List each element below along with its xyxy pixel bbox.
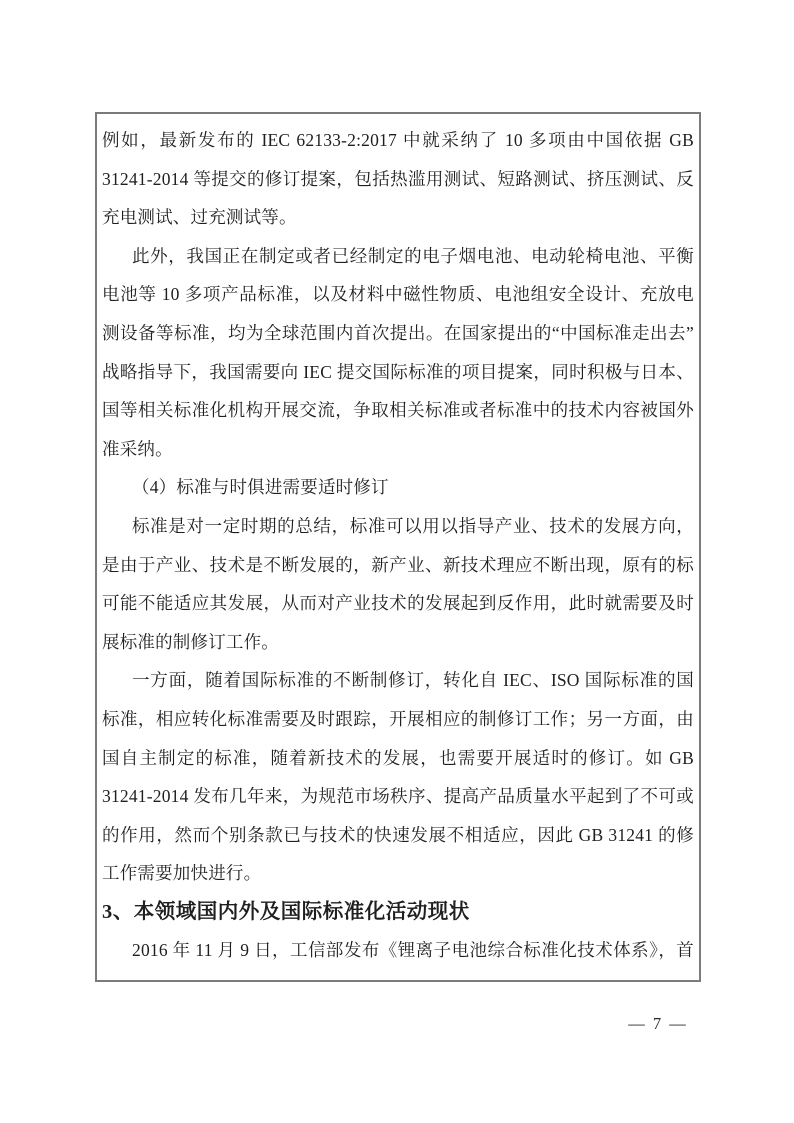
text-line: 准采纳。 xyxy=(102,430,694,469)
text-line: 例如，最新发布的 IEC 62133-2:2017 中就采纳了 10 多项由中国… xyxy=(102,121,694,160)
document-text-frame: 例如，最新发布的 IEC 62133-2:2017 中就采纳了 10 多项由中国… xyxy=(95,112,701,982)
text-line: 2016 年 11 月 9 日，工信部发布《锂离子电池综合标准化技术体系》，首 xyxy=(102,931,694,970)
text-line: 国等相关标准化机构开展交流，争取相关标准或者标准中的技术内容被国外标 xyxy=(102,391,694,430)
text-line: 展标准的制修订工作。 xyxy=(102,623,694,662)
section-heading: 3、本领域国内外及国际标准化活动现状 xyxy=(102,893,694,932)
page-number: — 7 — xyxy=(598,1012,718,1036)
text-line: 31241-2014 等提交的修订提案，包括热滥用测试、短路测试、挤压测试、反向 xyxy=(102,160,694,199)
text-line: 工作需要加快进行。 xyxy=(102,854,694,893)
text-line: 战略指导下，我国需要向 IEC 提交国际标准的项目提案，同时积极与日本、美 xyxy=(102,353,694,392)
text-line: 充电测试、过充测试等。 xyxy=(102,198,694,237)
text-line: 标准是对一定时期的总结，标准可以用以指导产业、技术的发展方向，但 xyxy=(102,507,694,546)
text-line: 测设备等标准，均为全球范围内首次提出。在国家提出的“中国标准走出去” xyxy=(102,314,694,353)
text-line: 标准，相应转化标准需要及时跟踪，开展相应的制修订工作；另一方面，由我 xyxy=(102,700,694,739)
text-line: 是由于产业、技术是不断发展的，新产业、新技术理应不断出现，原有的标准 xyxy=(102,546,694,585)
text-line: 的作用，然而个别条款已与技术的快速发展不相适应，因此 GB 31241 的修订 xyxy=(102,816,694,855)
text-line: 电池等 10 多项产品标准，以及材料中磁性物质、电池组安全设计、充放电检 xyxy=(102,275,694,314)
text-line: 此外，我国正在制定或者已经制定的电子烟电池、电动轮椅电池、平衡车 xyxy=(102,237,694,276)
text-line: 可能不能适应其发展，从而对产业技术的发展起到反作用，此时就需要及时开 xyxy=(102,584,694,623)
text-line: 一方面，随着国际标准的不断制修订，转化自 IEC、ISO 国际标准的国家 xyxy=(102,661,694,700)
text-line: 31241-2014 发布几年来，为规范市场秩序、提高产品质量水平起到了不可或缺 xyxy=(102,777,694,816)
text-line: 国自主制定的标准，随着新技术的发展，也需要开展适时的修订。如 GB xyxy=(102,739,694,778)
subsection-heading: （4）标准与时俱进需要适时修订 xyxy=(102,468,694,507)
